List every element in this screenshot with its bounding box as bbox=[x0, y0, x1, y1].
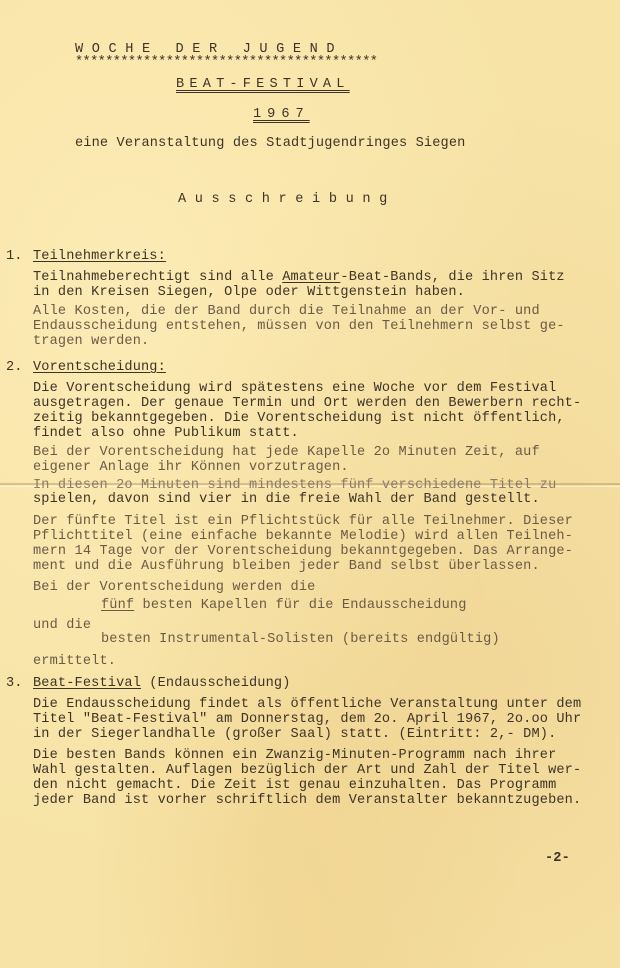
section-2-para-2-line-2: eigener Anlage ihr Können vorzutragen. bbox=[33, 460, 349, 476]
section-3-para-1-line-1: Die Endausscheidung findet als öffentlic… bbox=[33, 697, 581, 713]
section-3-para-2-line-2: Wahl gestalten. Auflagen bezüglich der A… bbox=[33, 763, 581, 779]
section-title: Ausschreibung bbox=[178, 192, 396, 208]
section-1-para-1-line-1: Teilnahmeberechtigt sind alle Amateur-Be… bbox=[33, 270, 565, 286]
selection-intro: Bei der Vorentscheidung werden die bbox=[33, 580, 315, 596]
section-2-para-1-line-1: Die Vorentscheidung wird spätestens eine… bbox=[33, 381, 556, 397]
section-1-para-2-line-2: Endausscheidung entstehen, müssen von de… bbox=[33, 319, 565, 335]
section-2-para-1-line-2: ausgetragen. Der genaue Termin und Ort w… bbox=[33, 396, 581, 412]
section-2-para-4-line-3: mern 14 Tage vor der Vorentscheidung bek… bbox=[33, 544, 573, 560]
section-2-para-4-line-1: Der fünfte Titel ist ein Pflichtstück fü… bbox=[33, 514, 573, 530]
section-3-para-2-line-4: jeder Band ist vorher schriftlich dem Ve… bbox=[33, 793, 581, 809]
selection-line-1: fünf besten Kapellen für die Endausschei… bbox=[101, 598, 467, 614]
section-1-para-1-line-2: in den Kreisen Siegen, Olpe oder Wittgen… bbox=[33, 285, 465, 301]
document-page: WOCHE DER JUGEND ***********************… bbox=[0, 0, 620, 968]
section-3-number: 3. bbox=[6, 676, 23, 692]
section-2-para-4-line-2: Pflichttitel (eine einfache bekannte Mel… bbox=[33, 529, 573, 545]
section-3-para-1-line-2: Titel "Beat-Festival" am Donnerstag, dem… bbox=[33, 712, 581, 728]
section-2-heading: Vorentscheidung: bbox=[33, 360, 166, 376]
section-1-number: 1. bbox=[6, 249, 23, 265]
section-3-para-1-line-3: in der Siegerlandhalle (großer Saal) sta… bbox=[33, 727, 556, 743]
festival-year: 1967 bbox=[253, 107, 310, 123]
selection-outro: ermittelt. bbox=[33, 654, 116, 670]
section-3-para-2-line-3: den nicht gemacht. Die Zeit ist genau ei… bbox=[33, 778, 556, 794]
section-3-para-2-line-1: Die besten Bands können ein Zwanzig-Minu… bbox=[33, 748, 556, 764]
section-3-heading: Beat-Festival bbox=[33, 676, 141, 691]
selection-line-2: besten Instrumental-Solisten (bereits en… bbox=[101, 632, 500, 648]
emphasized-word: Amateur bbox=[282, 270, 340, 285]
selection-connector: und die bbox=[33, 618, 91, 634]
section-2-para-3-line-2: spielen, davon sind vier in die freie Wa… bbox=[33, 492, 540, 508]
section-3-heading-line: Beat-Festival (Endausscheidung) bbox=[33, 676, 291, 692]
festival-subtitle: BEAT-FESTIVAL bbox=[176, 77, 350, 93]
selection-emphasis: fünf bbox=[101, 598, 134, 613]
section-1-para-2-line-3: tragen werden. bbox=[33, 334, 149, 350]
section-1-heading: Teilnehmerkreis: bbox=[33, 249, 166, 265]
section-2-para-4-line-4: ment und die Ausführung bleiben jeder Ba… bbox=[33, 559, 540, 575]
title-star-rule: **************************************** bbox=[75, 55, 377, 71]
section-2-para-2-line-1: Bei der Vorentscheidung hat jede Kapelle… bbox=[33, 445, 540, 461]
page-marker: -2- bbox=[545, 851, 570, 867]
section-2-number: 2. bbox=[6, 360, 23, 376]
section-2-para-1-line-4: findet also ohne Publikum statt. bbox=[33, 426, 299, 442]
organizer-line: eine Veranstaltung des Stadtjugendringes… bbox=[75, 136, 465, 152]
section-1-para-2-line-1: Alle Kosten, die der Band durch die Teil… bbox=[33, 304, 540, 320]
section-2-para-1-line-3: zeitig bekanntgegeben. Die Vorentscheidu… bbox=[33, 411, 565, 427]
